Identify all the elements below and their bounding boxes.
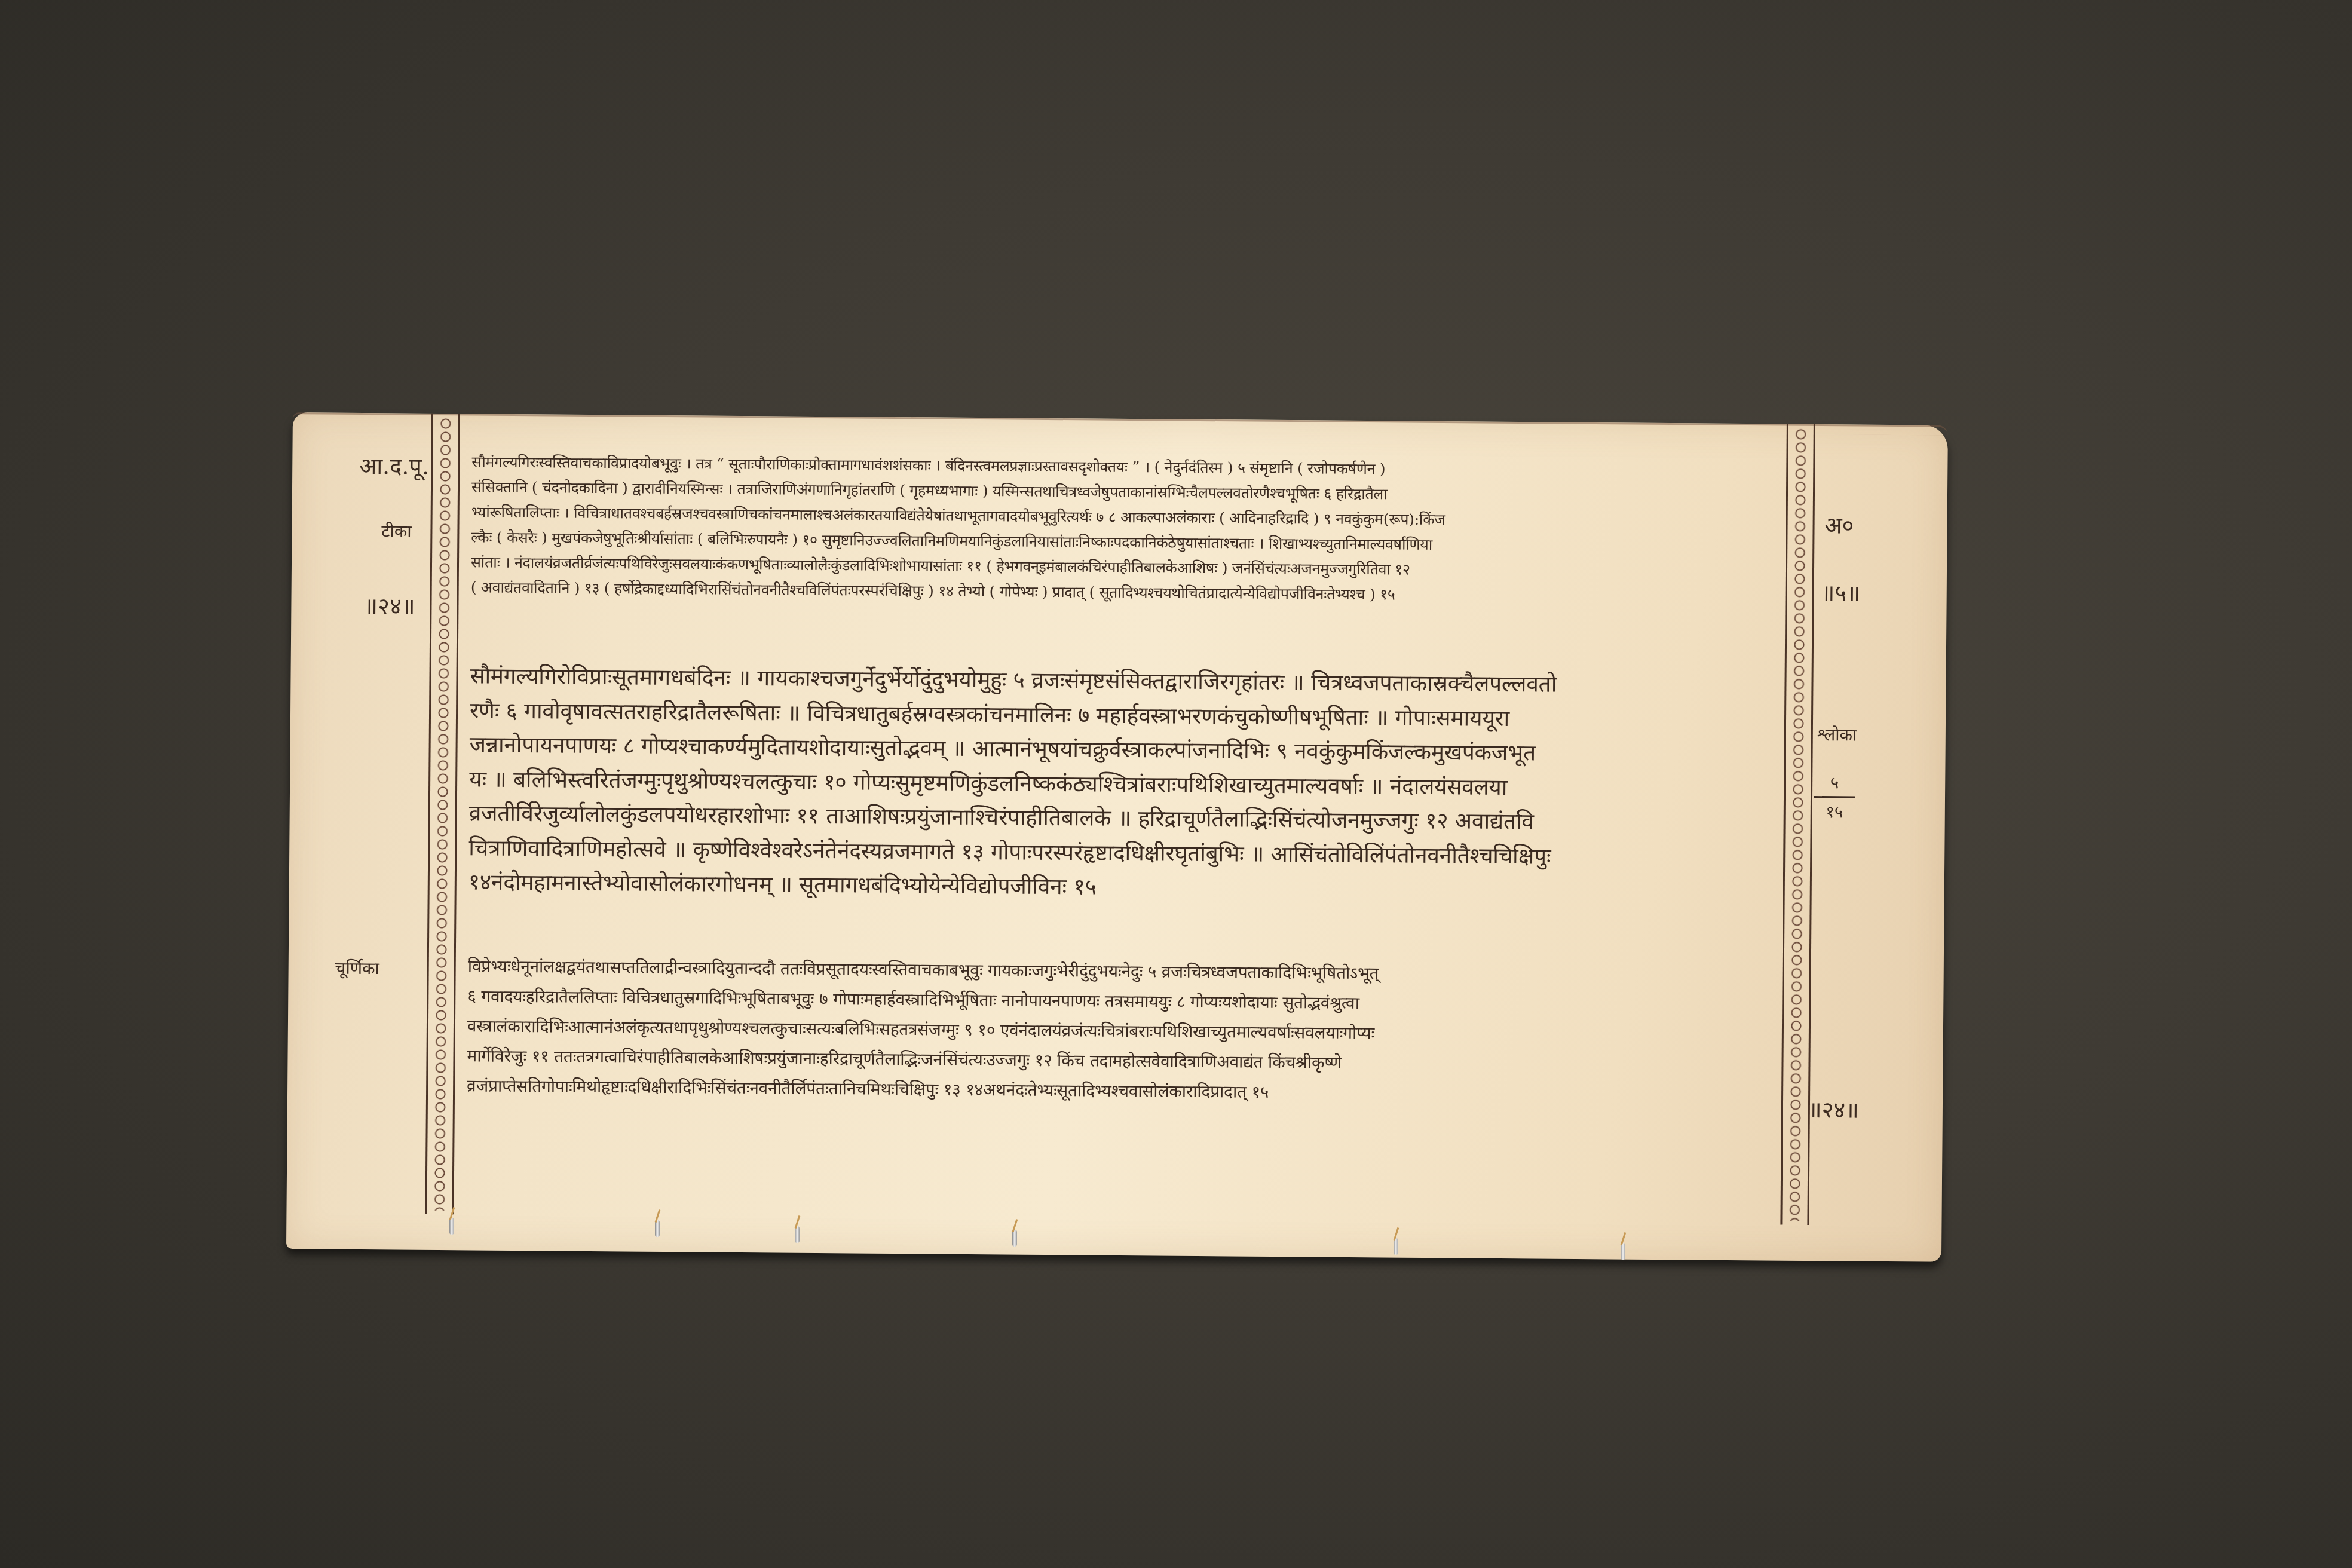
mounting-pin (1394, 1238, 1398, 1255)
mounting-pin (655, 1220, 660, 1237)
shloka-range-start: ५ (1814, 771, 1855, 794)
shloka-range-end: १५ (1814, 800, 1855, 823)
churnika-block: विप्रेभ्यःधेनूनांलक्षद्वयंतथासप्ततिलाद्र… (467, 951, 1771, 1111)
book-page: आ.द.पू. टीका ॥२४॥ चूर्णिका अ० ॥५॥ श्लोका… (286, 412, 1948, 1262)
left-ornamental-border (425, 414, 460, 1214)
commentary-section-label: टीका (381, 519, 411, 542)
mounting-pin (449, 1218, 454, 1235)
fraction-bar (1814, 796, 1855, 798)
chapter-label: अ० (1824, 509, 1854, 540)
right-page-number: ॥२४॥ (1808, 1094, 1859, 1125)
book-abbreviation: आ.द.पू. (359, 450, 429, 482)
verse-block: सौमंगल्यगिरोविप्राःसूतमागधबंदिनः ॥ गायका… (468, 659, 1773, 909)
mounting-pin (795, 1226, 800, 1243)
mounting-pin (1012, 1230, 1017, 1247)
commentary-block: सौमंगल्यगिरःस्वस्तिवाचकाविप्रादयोबभूवुः … (471, 449, 1775, 610)
churnika-section-label: चूर्णिका (335, 957, 379, 980)
shloka-range: ५ १५ (1814, 771, 1856, 823)
shloka-label: श्लोका (1817, 723, 1857, 746)
left-page-number: ॥२४॥ (364, 590, 415, 621)
mounting-pin (1621, 1243, 1625, 1260)
chapter-number: ॥५॥ (1821, 577, 1861, 608)
